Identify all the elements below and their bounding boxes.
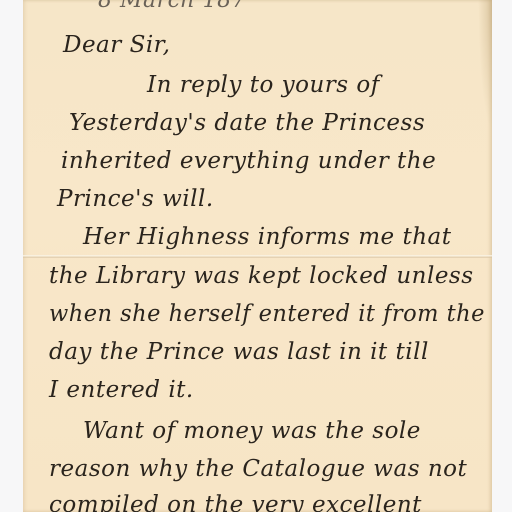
- paper-fold-crease: [23, 255, 492, 258]
- letter-line: Prince's will.: [57, 186, 214, 212]
- letter-line: compiled on the very excellent: [49, 492, 422, 512]
- letter-line: Her Highness informs me that: [83, 224, 451, 250]
- letter-line: Want of money was the sole: [83, 418, 421, 444]
- letter-line: In reply to yours of: [147, 72, 380, 98]
- letter-line: Yesterday's date the Princess: [69, 110, 425, 136]
- paper-stain: [478, 0, 492, 130]
- letter-line: inherited everything under the: [61, 148, 436, 174]
- letter-line: the Library was kept locked unless: [49, 263, 474, 289]
- letter-line: reason why the Catalogue was not: [49, 456, 467, 482]
- letter-line: I entered it.: [49, 377, 194, 403]
- salutation: Dear Sir,: [63, 32, 170, 58]
- letter-line: day the Prince was last in it till: [49, 339, 429, 365]
- letter-line: when she herself entered it from the: [49, 301, 485, 327]
- date-line: 8 March 187: [98, 0, 246, 13]
- letter-page: 8 March 187 Dear Sir, In reply to yours …: [23, 0, 492, 512]
